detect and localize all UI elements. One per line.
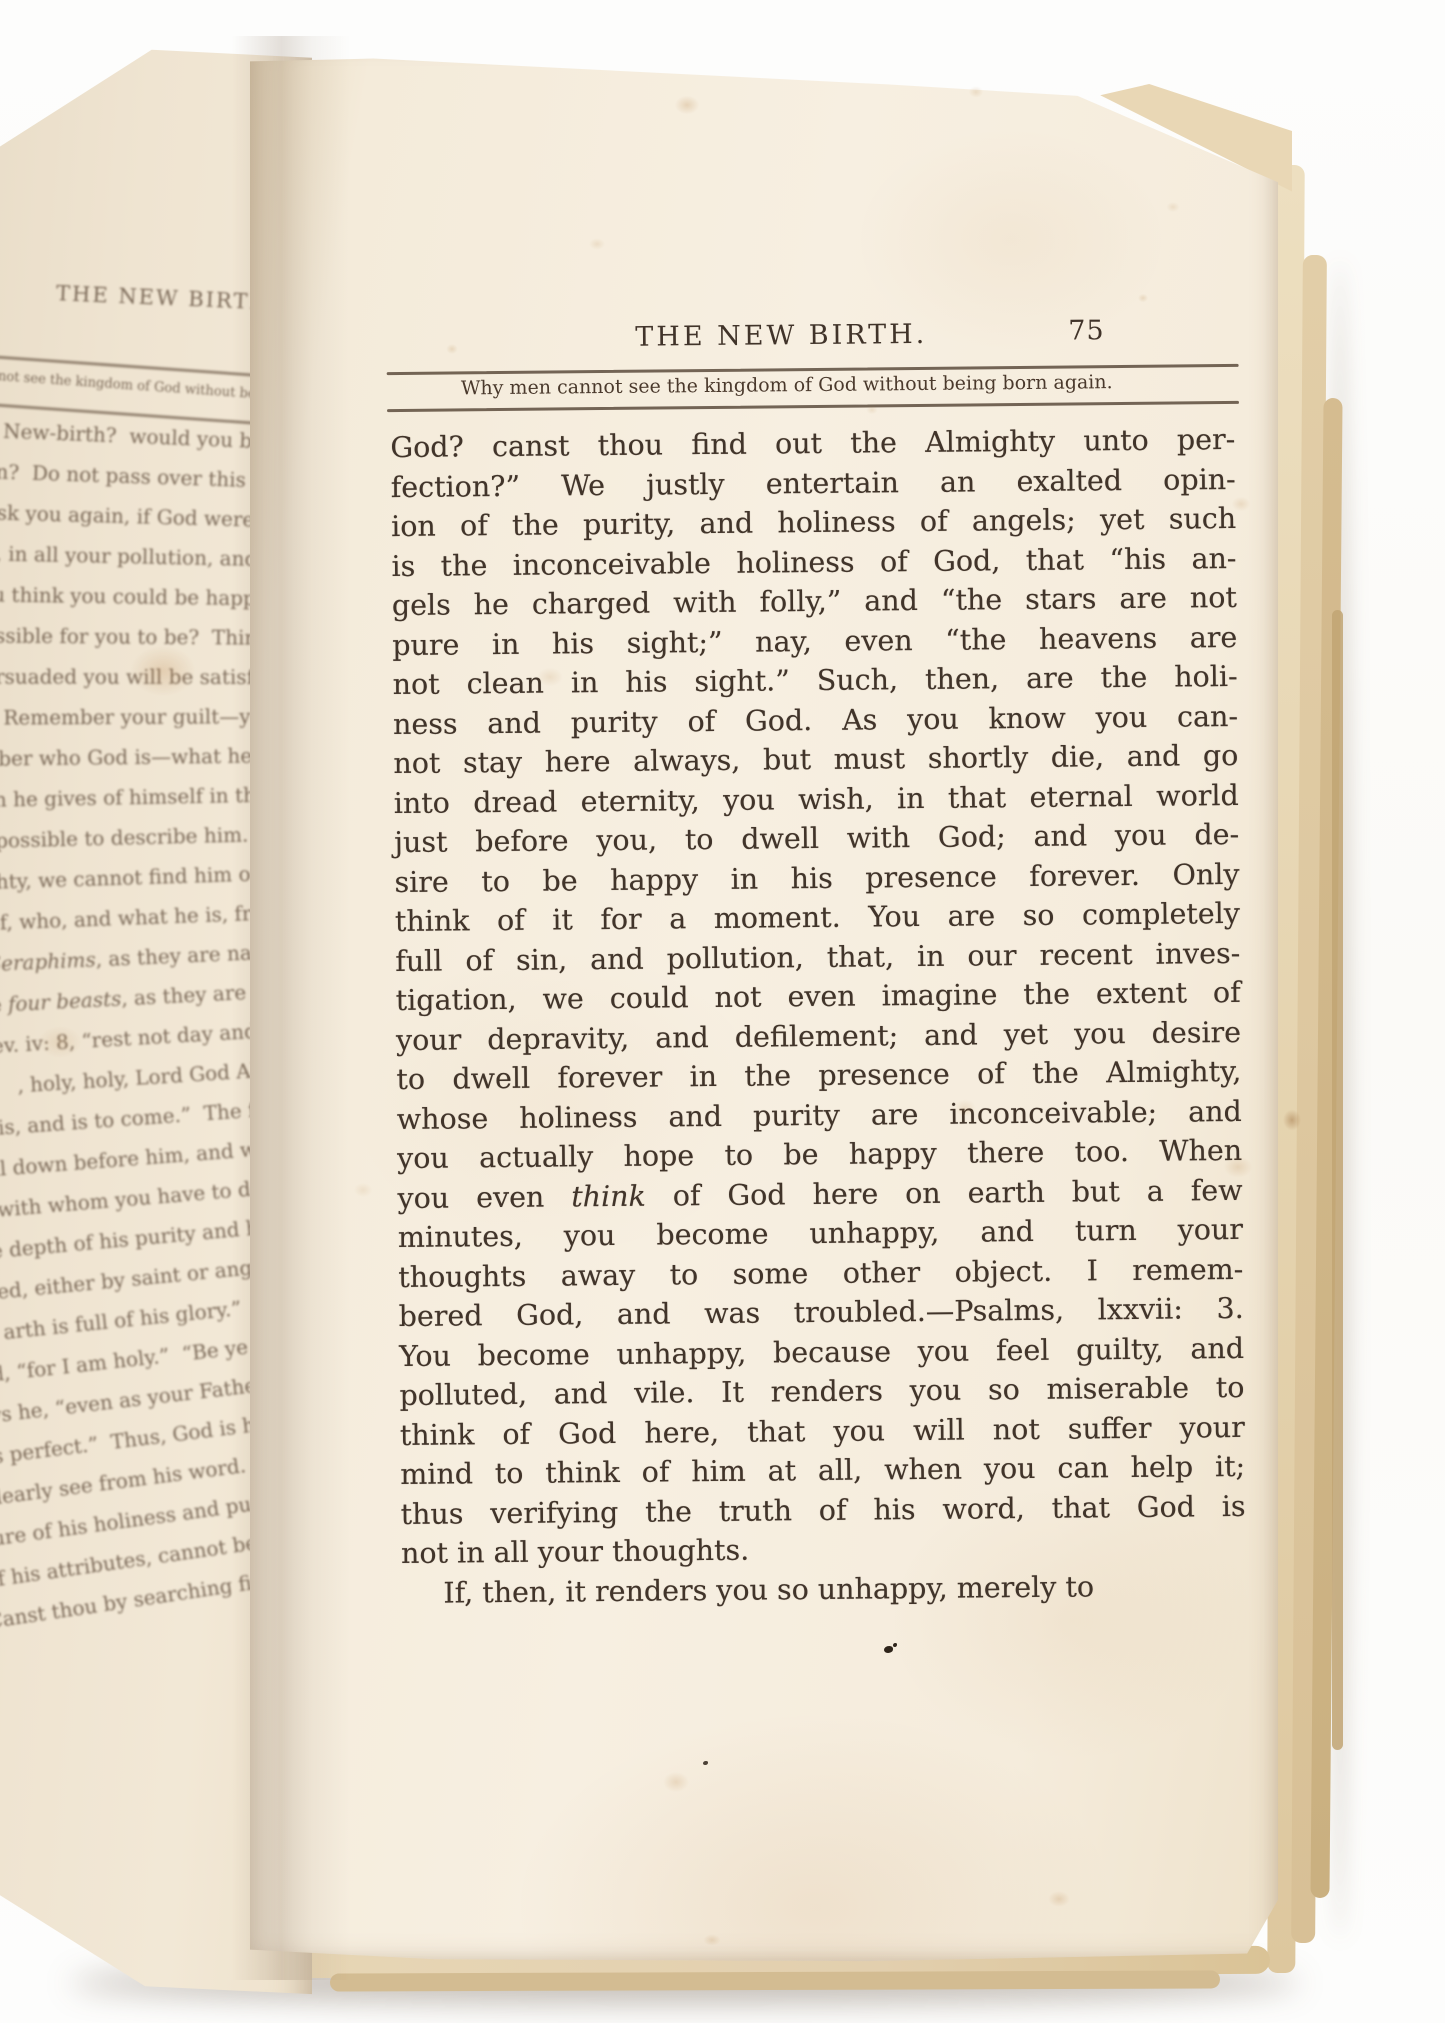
foxing-spot: [1218, 1152, 1258, 1182]
foxing-spot: [1228, 494, 1254, 514]
header-rule-bottom: [387, 401, 1239, 412]
foxing-spot: [532, 664, 568, 690]
foxing-spot: [350, 1180, 376, 1200]
foxing-spot: [30, 1020, 90, 1064]
gutter-shadow: [232, 36, 350, 1980]
foxing-spot: [1044, 1888, 1074, 1910]
foxing-spot: [118, 636, 208, 706]
foxing-spot: [444, 342, 460, 356]
foxing-spot: [864, 404, 880, 416]
bottom-page-edge: [330, 1970, 1220, 1991]
fore-edge-strip: [1332, 610, 1343, 1750]
page-number: 75: [1068, 315, 1105, 346]
right-page-body: God? canst thou find out the Almighty un…: [390, 420, 1246, 1613]
running-head: Why men cannot see the kingdom of God wi…: [387, 370, 1187, 400]
book-photo: THE NEW BIRTH. not see the kingdom of Go…: [0, 0, 1445, 2023]
text-line: thus verifying the truth of his word, th…: [400, 1486, 1245, 1534]
foxing-spot: [658, 1768, 694, 1796]
foxing-spot: [1136, 292, 1150, 304]
foxing-spot: [966, 84, 986, 100]
foxing-spot: [1280, 1106, 1304, 1134]
foxing-spot: [950, 1096, 980, 1120]
foxing-spot: [670, 92, 704, 118]
foxing-spot: [586, 236, 608, 252]
right-page: THE NEW BIRTH. 75 Why men cannot see the…: [250, 48, 1278, 1965]
text-line: If, then, it renders you so unhappy, mer…: [401, 1565, 1246, 1613]
foxing-spot: [1164, 200, 1182, 214]
right-page-title: THE NEW BIRTH.: [386, 317, 1176, 356]
foxing-spot: [700, 1932, 724, 1948]
